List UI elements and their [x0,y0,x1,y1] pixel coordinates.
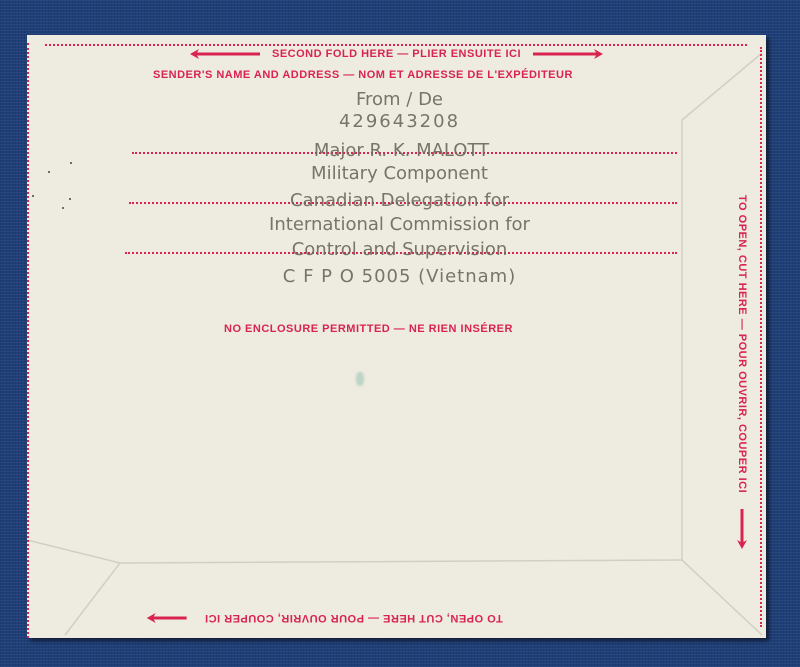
stamp-from: From / De [30,89,769,110]
bottom-cut-instruction: TO OPEN, CUT HERE — POUR OUVRIR, COUPER … [147,612,503,624]
left-edge-line [27,43,29,638]
stamp-service-number: 429643208 [30,111,769,132]
side-cut-instruction: TO OPEN, CUT HERE — POUR OUVRIR, COUPER … [736,195,748,549]
bottom-cut-text: TO OPEN, CUT HERE — POUR OUVRIR, COUPER … [205,612,503,624]
stamp-component: Military Component [30,163,769,184]
arrow-right-icon [533,49,603,59]
paper-speck [62,207,64,209]
stamp-control: Control and Supervision [30,239,769,260]
stamp-delegation: Canadian Delegation for [30,190,769,211]
ink-smudge [356,372,364,386]
stamp-name: Major R. K. MALOTT [32,140,771,161]
arrow-left-icon-bottom [147,613,187,623]
arrow-down-icon [737,509,747,549]
stamp-cfpo: C F P O 5005 (Vietnam) [30,266,769,287]
right-cut-line [760,47,762,627]
aerogramme-back: SECOND FOLD HERE — PLIER ENSUITE ICI SEN… [27,35,766,638]
stamp-commission: International Commission for [30,214,769,235]
second-fold-instruction: SECOND FOLD HERE — PLIER ENSUITE ICI [27,48,766,60]
fold-instruction-text: SECOND FOLD HERE — PLIER ENSUITE ICI [272,48,521,60]
no-enclosure-notice: NO ENCLOSURE PERMITTED — NE RIEN INSÉRER [224,323,513,335]
sender-address-label: SENDER'S NAME AND ADDRESS — NOM ET ADRES… [153,69,573,81]
paper-speck [70,162,72,164]
paper-speck [69,198,71,200]
paper-speck [48,171,50,173]
top-fold-line [45,44,747,46]
side-cut-text: TO OPEN, CUT HERE — POUR OUVRIR, COUPER … [736,195,748,493]
paper-speck [32,195,34,197]
arrow-left-icon [190,49,260,59]
